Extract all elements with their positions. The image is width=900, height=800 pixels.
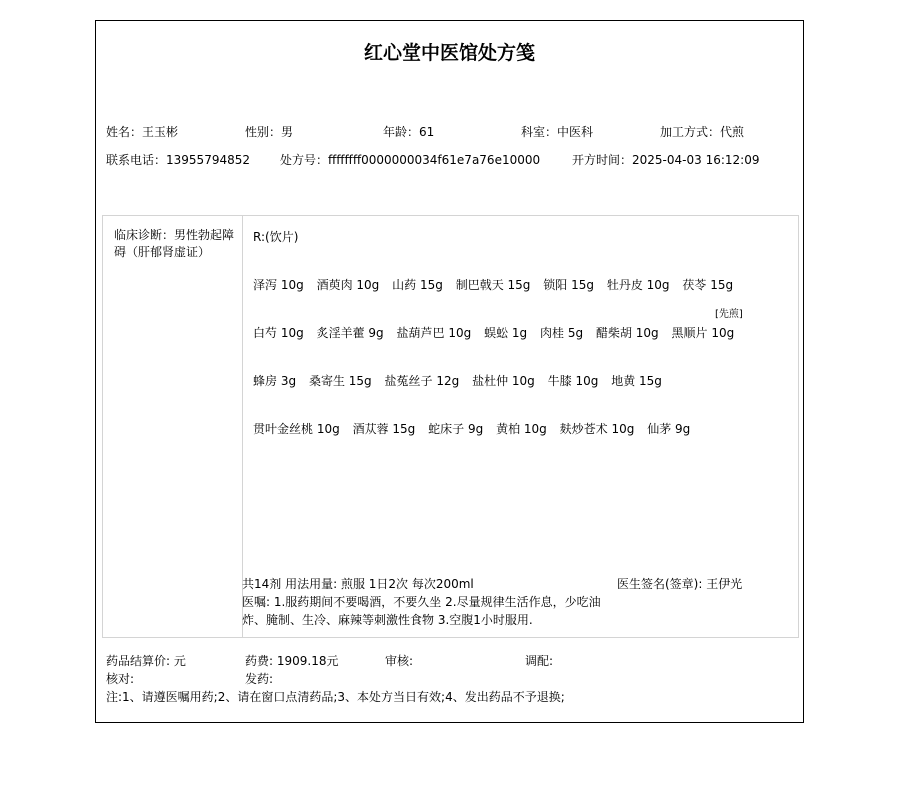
dispense-field: 调配: (525, 652, 553, 669)
herb-item: 蜈蚣 1g (484, 326, 527, 340)
herb-item: 黑顺片 10g (672, 326, 735, 340)
phone-field: 联系电话：13955794852 (106, 151, 250, 168)
herb-item: 蜂房 3g (253, 374, 296, 388)
patient-name-field: 姓名：王玉彬 (106, 123, 178, 140)
processing-method: 代煎 (720, 125, 744, 139)
rx-time-field: 开方时间：2025-04-03 16:12:09 (572, 151, 759, 168)
herb-row-3: 蜂房 3g 桑寄生 15g 盐菟丝子 12g 盐杜仲 10g 牛膝 10g 地黄… (253, 372, 671, 389)
herb-item: 麸炒苍术 10g (560, 422, 635, 436)
herb-item: 地黄 15g (611, 374, 662, 388)
herb-item: 桑寄生 15g (309, 374, 372, 388)
herb-item: 酒萸肉 10g (317, 278, 380, 292)
herb-item: 蛇床子 9g (428, 422, 483, 436)
rx-number-field: 处方号：ffffffff0000000034f61e7a76e10000 (280, 151, 540, 168)
herb-item: 茯苓 15g (682, 278, 733, 292)
prescription-sheet: 红心堂中医馆处方笺 姓名：王玉彬 性别：男 年龄：61 科室：中医科 加工方式：… (95, 20, 804, 723)
drug-fee: 药费: 1909.18元 (245, 652, 338, 669)
herb-item: 盐菟丝子 12g (385, 374, 460, 388)
diagnosis: 临床诊断：男性勃起障碍（肝郁肾虚证） (114, 227, 236, 261)
herb-item: 肉桂 5g (540, 326, 583, 340)
phone-label: 联系电话： (106, 153, 166, 167)
doctor-name: 王伊光 (706, 577, 742, 591)
patient-age-field: 年龄：61 (383, 123, 434, 140)
herb-item: 贯叶金丝桃 10g (253, 422, 340, 436)
phone-number: 13955794852 (166, 153, 250, 167)
department-field: 科室：中医科 (521, 123, 593, 140)
patient-age-label: 年龄： (383, 125, 419, 139)
patient-gender-label: 性别： (245, 125, 281, 139)
herb-row-2: 白芍 10g 炙淫羊藿 9g 盐葫芦巴 10g 蜈蚣 1g 肉桂 5g 醋柴胡 … (253, 324, 743, 341)
herb-item: 锁阳 15g (543, 278, 594, 292)
rx-number-label: 处方号： (280, 153, 328, 167)
herb-item: 黄柏 10g (496, 422, 547, 436)
rx-header: R:(饮片) (253, 228, 298, 245)
advice-label: 医嘱: (242, 595, 274, 609)
herb-item: 山药 15g (392, 278, 443, 292)
patient-name-label: 姓名： (106, 125, 142, 139)
patient-age: 61 (419, 125, 434, 139)
herb-item: 炙淫羊藿 9g (317, 326, 384, 340)
column-divider (242, 216, 243, 637)
check-field: 核对: (106, 670, 134, 687)
doctor-advice: 医嘱: 1.服药期间不要喝酒，不要久坐 2.尽量规律生活作息，少吃油炸、腌制、生… (242, 593, 622, 629)
patient-gender-field: 性别：男 (245, 123, 293, 140)
herb-item: 盐葫芦巴 10g (397, 326, 472, 340)
herb-item: 酒苁蓉 15g (353, 422, 416, 436)
processing-method-field: 加工方式：代煎 (660, 123, 744, 140)
rx-number: ffffffff0000000034f61e7a76e10000 (328, 153, 540, 167)
herb-row-1: 泽泻 10g 酒萸肉 10g 山药 15g 制巴戟天 15g 锁阳 15g 牡丹… (253, 276, 742, 293)
issue-field: 发药: (245, 670, 273, 687)
department: 中医科 (557, 125, 593, 139)
usage-and-advice: 共14剂 用法用量: 煎服 1日2次 每次200ml 医嘱: 1.服药期间不要喝… (242, 575, 622, 629)
settlement-price: 药品结算价: 元 (106, 652, 186, 669)
prescription-box: 临床诊断：男性勃起障碍（肝郁肾虚证） R:(饮片) 泽泻 10g 酒萸肉 10g… (102, 215, 799, 638)
patient-name: 王玉彬 (142, 125, 178, 139)
herb-item: 醋柴胡 10g (596, 326, 659, 340)
herb-item: 牛膝 10g (548, 374, 599, 388)
review-field: 审核: (385, 652, 413, 669)
footer-notes: 注:1、请遵医嘱用药;2、请在窗口点清药品;3、本处方当日有效;4、发出药品不予… (106, 688, 565, 705)
doctor-signature-label: 医生签名(签章): (617, 577, 706, 591)
herb-note: [先煎] (715, 305, 743, 320)
patient-gender: 男 (281, 125, 293, 139)
herb-row-4: 贯叶金丝桃 10g 酒苁蓉 15g 蛇床子 9g 黄柏 10g 麸炒苍术 10g… (253, 420, 699, 437)
herb-item: 泽泻 10g (253, 278, 304, 292)
rx-time: 2025-04-03 16:12:09 (632, 153, 759, 167)
page-title: 红心堂中医馆处方笺 (96, 38, 803, 65)
herb-item: 制巴戟天 15g (456, 278, 531, 292)
processing-method-label: 加工方式： (660, 125, 720, 139)
herb-item: 白芍 10g (253, 326, 304, 340)
herb-item: 牡丹皮 10g (607, 278, 670, 292)
rx-time-label: 开方时间： (572, 153, 632, 167)
advice-text: 1.服药期间不要喝酒，不要久坐 2.尽量规律生活作息，少吃油炸、腌制、生冷、麻辣… (242, 595, 601, 627)
herb-item: 盐杜仲 10g (472, 374, 535, 388)
herb-item: 仙茅 9g (647, 422, 690, 436)
diagnosis-label: 临床诊断： (114, 228, 174, 242)
doctor-signature: 医生签名(签章): 王伊光 (617, 575, 742, 592)
department-label: 科室： (521, 125, 557, 139)
usage-instructions: 共14剂 用法用量: 煎服 1日2次 每次200ml (242, 575, 622, 593)
